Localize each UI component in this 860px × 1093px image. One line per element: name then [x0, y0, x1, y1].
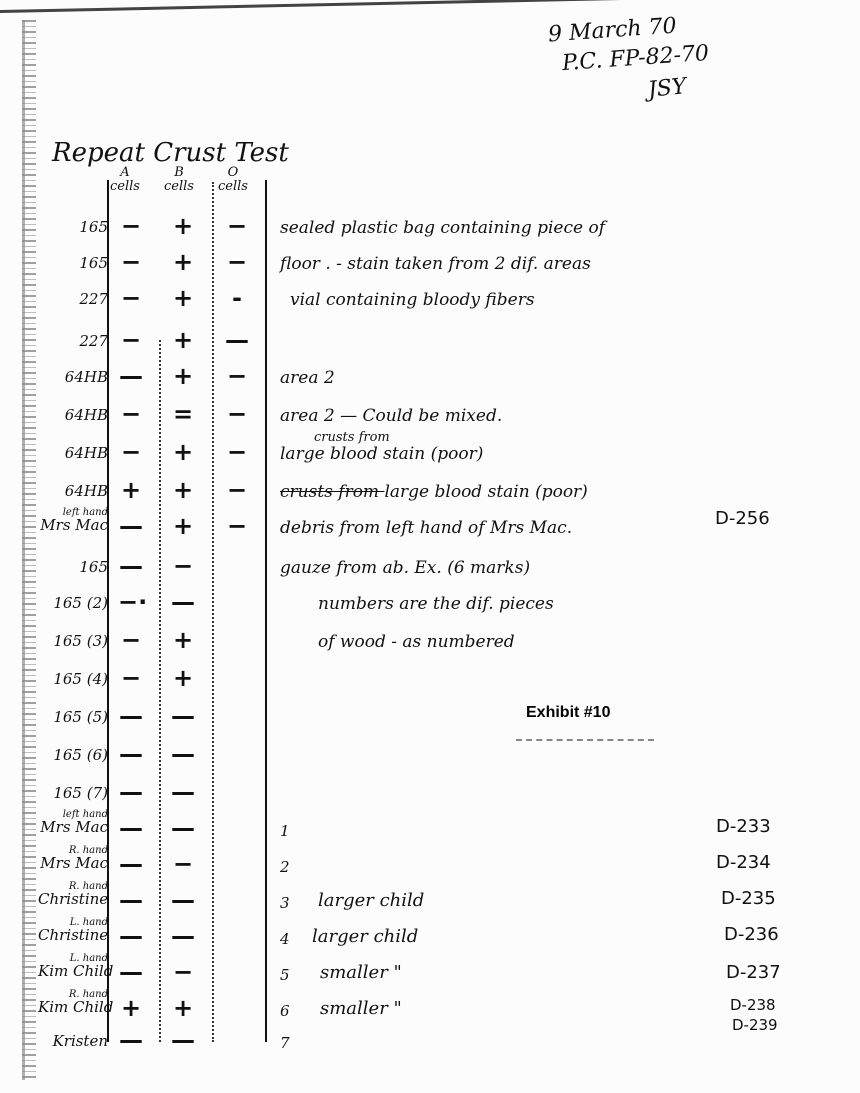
- table-row: 165 (5)——: [0, 702, 860, 738]
- result-b: +: [170, 248, 196, 276]
- sample-id: 165: [38, 218, 108, 236]
- table-row: 64HB++−crusts from large blood stain (po…: [0, 476, 860, 512]
- result-b: —: [170, 1026, 196, 1054]
- item-number: 7: [280, 1034, 290, 1052]
- exhibit-reference: D-239: [732, 1016, 778, 1034]
- sample-id: 165 (4): [38, 670, 108, 688]
- exhibit-reference: D-233: [716, 816, 771, 837]
- result-a: −·: [118, 588, 144, 616]
- result-a: −: [118, 212, 144, 240]
- sample-id: 227: [38, 290, 108, 308]
- sample-description: sealed plastic bag containing piece of: [280, 218, 605, 238]
- sample-id-text: 165 (7): [53, 784, 108, 802]
- exhibit-underline: [516, 739, 654, 741]
- page-title: Repeat Crust Test: [52, 138, 289, 168]
- sample-description: area 2 — Could be mixed.: [280, 406, 502, 426]
- result-o: −: [224, 512, 250, 540]
- column-a-letter: A: [110, 166, 140, 180]
- sample-id-text: Christine: [38, 890, 108, 908]
- sample-id-text: Mrs Mac: [40, 854, 108, 872]
- result-b: +: [170, 362, 196, 390]
- result-a: —: [118, 922, 144, 950]
- result-a: −: [118, 664, 144, 692]
- sample-description: area 2: [280, 368, 335, 388]
- result-o: −: [224, 438, 250, 466]
- description-text: large blood stain (poor): [384, 482, 587, 502]
- result-a: —: [118, 740, 144, 768]
- description-text: area 2: [280, 368, 335, 388]
- result-a: —: [118, 886, 144, 914]
- result-b: —: [170, 886, 196, 914]
- item-number: 3: [280, 894, 290, 912]
- table-row: 64HB−=−area 2 — Could be mixed.: [0, 400, 860, 436]
- result-b: +: [170, 212, 196, 240]
- item-note: smaller ": [320, 998, 402, 1019]
- header-date: 9 March 70: [547, 14, 677, 48]
- header-case-number: P.C. FP-82-70: [561, 41, 709, 76]
- item-number: 6: [280, 1002, 290, 1020]
- column-b-label: cells: [164, 180, 194, 194]
- result-o: −: [224, 362, 250, 390]
- result-b: —: [170, 702, 196, 730]
- exhibit-label: Exhibit #10: [526, 704, 610, 722]
- result-b: +: [170, 994, 196, 1022]
- item-number: 5: [280, 966, 290, 984]
- sample-id-text: 64HB: [65, 368, 108, 386]
- table-row: 165 (6)——: [0, 740, 860, 776]
- result-a: −: [118, 626, 144, 654]
- item-note: larger child: [312, 926, 418, 947]
- page-top-edge: [0, 0, 640, 13]
- result-a: —: [118, 850, 144, 878]
- sample-id: Kristen: [38, 1032, 108, 1050]
- sample-id-text: 165: [79, 558, 108, 576]
- result-a: −: [118, 248, 144, 276]
- exhibit-reference: D-234: [716, 852, 771, 873]
- description-text: vial containing bloody fibers: [290, 290, 535, 310]
- sample-id-text: 165 (5): [53, 708, 108, 726]
- sample-id-text: 165 (4): [53, 670, 108, 688]
- sample-description: vial containing bloody fibers: [290, 290, 535, 310]
- item-number: 1: [280, 822, 290, 840]
- item-number: 4: [280, 930, 290, 948]
- description-text: area 2 — Could be mixed.: [280, 406, 502, 426]
- sample-id: 165 (7): [38, 784, 108, 802]
- result-b: —: [170, 814, 196, 842]
- result-b: —: [170, 778, 196, 806]
- struck-text: crusts from: [280, 482, 384, 502]
- result-a: —: [118, 778, 144, 806]
- sample-id-text: Kim Child: [38, 998, 113, 1016]
- sample-id-text: 165 (2): [53, 594, 108, 612]
- result-a: −: [118, 438, 144, 466]
- result-o: −: [224, 400, 250, 428]
- result-b: —: [170, 922, 196, 950]
- inserted-text: crusts from: [314, 430, 390, 445]
- column-head-o: O cells: [218, 166, 248, 193]
- sample-id-text: 165 (3): [53, 632, 108, 650]
- sample-id-text: 64HB: [65, 406, 108, 424]
- sample-id: left handMrs Mac: [38, 810, 108, 836]
- sample-id-text: 165 (6): [53, 746, 108, 764]
- result-o: −: [224, 212, 250, 240]
- sample-description: crusts fromlarge blood stain (poor): [280, 444, 483, 464]
- result-o: —: [224, 326, 250, 354]
- description-text: large blood stain (poor): [280, 444, 483, 464]
- table-row: 165−+−sealed plastic bag containing piec…: [0, 212, 860, 248]
- sample-description: gauze from ab. Ex. (6 marks): [280, 558, 530, 578]
- column-b-letter: B: [164, 166, 194, 180]
- sample-id: L. handKim Child: [38, 954, 108, 980]
- sample-id: 64HB: [38, 406, 108, 424]
- column-head-a: A cells: [110, 166, 140, 193]
- table-row: 165 (3)−+of wood - as numbered: [0, 626, 860, 662]
- description-text: numbers are the dif. pieces: [318, 594, 554, 614]
- sample-description: debris from left hand of Mrs Mac.: [280, 518, 572, 538]
- result-b: +: [170, 512, 196, 540]
- sample-id-text: Mrs Mac: [40, 516, 108, 534]
- sample-id-text: Kristen: [53, 1032, 108, 1050]
- table-row: 227−+—: [0, 326, 860, 362]
- result-b: +: [170, 626, 196, 654]
- sample-id-text: Christine: [38, 926, 108, 944]
- table-row: 165 (2)−·—numbers are the dif. pieces: [0, 588, 860, 624]
- result-a: —: [118, 814, 144, 842]
- result-b: −: [170, 850, 196, 878]
- result-a: —: [118, 702, 144, 730]
- sample-id: 165: [38, 558, 108, 576]
- exhibit-reference: D-256: [715, 508, 770, 529]
- table-row: Kristen——7: [0, 1026, 860, 1062]
- sample-id: 165 (6): [38, 746, 108, 764]
- table-row: 165 (4)−+: [0, 664, 860, 700]
- result-a: −: [118, 326, 144, 354]
- item-note: larger child: [318, 890, 424, 911]
- result-b: —: [170, 588, 196, 616]
- result-b: —: [170, 740, 196, 768]
- column-o-label: cells: [218, 180, 248, 194]
- result-a: −: [118, 284, 144, 312]
- table-row: 165 (7)——: [0, 778, 860, 814]
- sample-id: 165 (3): [38, 632, 108, 650]
- sample-id-text: 165: [79, 218, 108, 236]
- result-b: +: [170, 284, 196, 312]
- description-text: sealed plastic bag containing piece of: [280, 218, 605, 238]
- description-text: of wood - as numbered: [318, 632, 515, 652]
- description-text: gauze from ab. Ex. (6 marks): [280, 558, 530, 578]
- sample-id: 64HB: [38, 482, 108, 500]
- result-a: +: [118, 994, 144, 1022]
- result-o: −: [224, 476, 250, 504]
- table-row: 165−+−floor . - stain taken from 2 dif. …: [0, 248, 860, 284]
- sample-id: 227: [38, 332, 108, 350]
- sample-description: crusts from large blood stain (poor): [280, 482, 588, 502]
- header-initials: JSY: [647, 74, 688, 103]
- sample-description: floor . - stain taken from 2 dif. areas: [280, 254, 591, 274]
- column-head-b: B cells: [164, 166, 194, 193]
- column-o-letter: O: [218, 166, 248, 180]
- sample-id-text: 227: [79, 332, 108, 350]
- sample-id-text: Mrs Mac: [40, 818, 108, 836]
- sample-id: L. handChristine: [38, 918, 108, 944]
- sample-id: 64HB: [38, 368, 108, 386]
- description-text: floor . - stain taken from 2 dif. areas: [280, 254, 591, 274]
- sample-id: R. handChristine: [38, 882, 108, 908]
- sample-id: left handMrs Mac: [38, 508, 108, 534]
- result-o: −: [224, 248, 250, 276]
- table-row: 64HB−+−crusts fromlarge blood stain (poo…: [0, 438, 860, 474]
- sample-description: numbers are the dif. pieces: [318, 594, 554, 614]
- sample-id-text: 64HB: [65, 482, 108, 500]
- result-a: —: [118, 1026, 144, 1054]
- exhibit-reference: D-236: [724, 924, 779, 945]
- item-number: 2: [280, 858, 290, 876]
- result-b: −: [170, 552, 196, 580]
- sample-id-text: Kim Child: [38, 962, 113, 980]
- column-a-label: cells: [110, 180, 140, 194]
- sample-id-text: 64HB: [65, 444, 108, 462]
- sample-id: 165 (2): [38, 594, 108, 612]
- result-a: —: [118, 958, 144, 986]
- result-b: +: [170, 476, 196, 504]
- sample-id: 64HB: [38, 444, 108, 462]
- result-b: +: [170, 664, 196, 692]
- item-note: smaller ": [320, 962, 402, 983]
- sample-id-text: 165: [79, 254, 108, 272]
- result-a: +: [118, 476, 144, 504]
- exhibit-reference: D-238: [730, 996, 776, 1014]
- result-b: −: [170, 958, 196, 986]
- result-o: -: [224, 284, 250, 312]
- sample-id: R. handKim Child: [38, 990, 108, 1016]
- sample-id: 165: [38, 254, 108, 272]
- result-b: +: [170, 438, 196, 466]
- table-row: 165—−gauze from ab. Ex. (6 marks): [0, 552, 860, 588]
- result-b: =: [170, 400, 196, 428]
- exhibit-reference: D-235: [721, 888, 776, 909]
- table-row: 227−+-vial containing bloody fibers: [0, 284, 860, 320]
- description-text: debris from left hand of Mrs Mac.: [280, 518, 572, 538]
- sample-id: R. handMrs Mac: [38, 846, 108, 872]
- result-a: —: [118, 552, 144, 580]
- result-a: −: [118, 400, 144, 428]
- table-row: 64HB—+−area 2: [0, 362, 860, 398]
- exhibit-reference: D-237: [726, 962, 781, 983]
- result-b: +: [170, 326, 196, 354]
- result-a: —: [118, 512, 144, 540]
- sample-description: of wood - as numbered: [318, 632, 515, 652]
- sample-id: 165 (5): [38, 708, 108, 726]
- sample-id-text: 227: [79, 290, 108, 308]
- result-a: —: [118, 362, 144, 390]
